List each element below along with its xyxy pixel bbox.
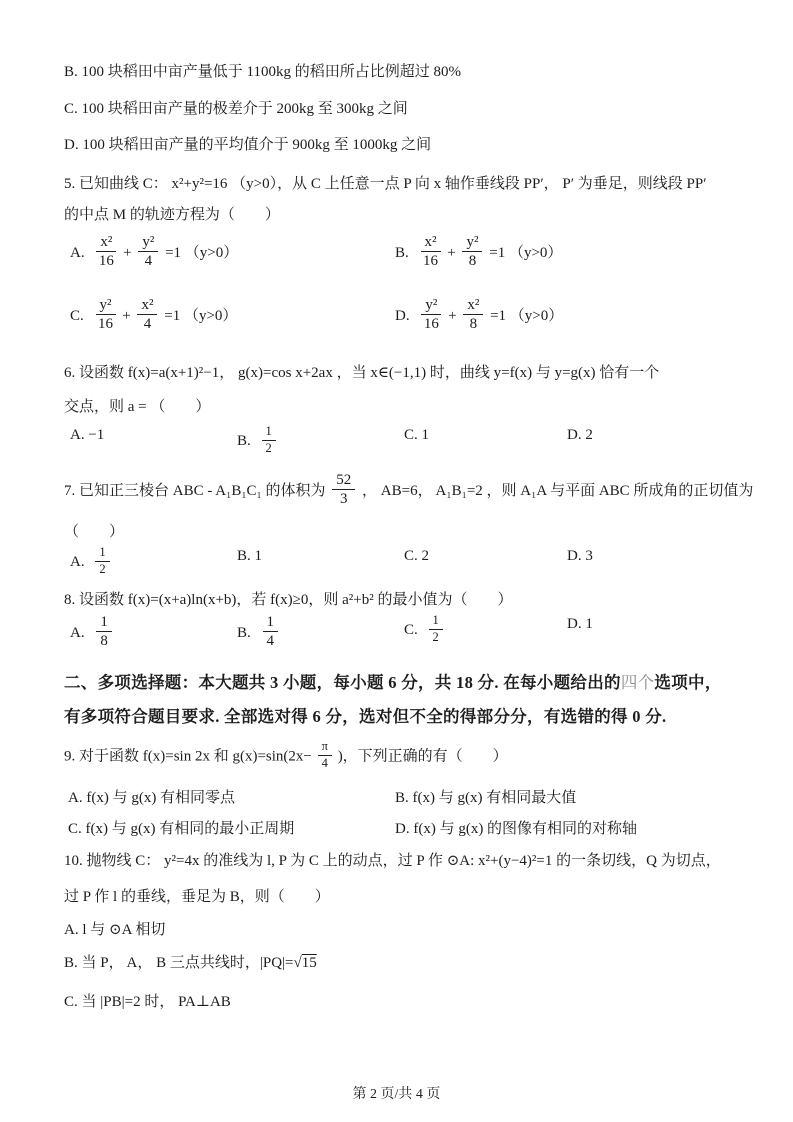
q5-option-b: B. x²16 + y²8 =1 （y>0）	[395, 236, 562, 271]
plus-sign: +	[122, 308, 130, 324]
option-label: B.	[395, 245, 409, 261]
fraction-denominator: 16	[421, 315, 441, 332]
q9-option-c: C. f(x) 与 g(x) 有相同的最小正周期	[68, 817, 294, 838]
section2-header-line1: 二、多项选择题：本大题共 3 小题，每小题 6 分，共 18 分. 在每小题给出…	[64, 671, 773, 694]
q10-option-c: C. 当 |PB|=2 时， PA⊥AB	[64, 992, 773, 1013]
fraction-numerator: 1	[95, 546, 109, 562]
plus-sign: +	[123, 245, 131, 261]
q8-option-d: D. 1	[567, 616, 593, 633]
q5-option-a: A. x²16 + y²4 =1 （y>0）	[70, 236, 238, 271]
fraction: y²8	[462, 234, 482, 269]
fraction-numerator: 1	[429, 614, 443, 630]
q8-stem: 8. 设函数 f(x)=(x+a)ln(x+b)，若 f(x)≥0，则 a²+b…	[64, 590, 773, 611]
fraction-denominator: 16	[96, 252, 116, 269]
q10-option-b: B. 当 P， A， B 三点共线时，|PQ|=√15	[64, 953, 773, 974]
q5-stem-line1: 5. 已知曲线 C： x²+y²=16 （y>0），从 C 上任意一点 P 向 …	[64, 174, 773, 195]
option-label: B.	[237, 433, 251, 449]
fraction-numerator: 1	[263, 614, 279, 632]
section2-header-post: 选项中，	[654, 673, 721, 692]
q9-stem-text-b: )，下列正确的有（ ）	[338, 748, 508, 764]
fraction-numerator: y²	[138, 234, 158, 252]
option-label: A.	[70, 245, 85, 261]
fraction-numerator: y²	[96, 297, 116, 315]
q10-stem-line2: 过 P 作 l 的垂线，垂足为 B，则（ ）	[64, 887, 773, 908]
fraction-denominator: 16	[421, 252, 441, 269]
fraction-denominator: 4	[318, 756, 332, 771]
fraction-denominator: 4	[138, 252, 158, 269]
q8-option-a: A. 18	[70, 616, 115, 651]
q7-stem-text-a: 7. 已知正三棱台 ABC - A₁B₁C₁ 的体积为	[64, 483, 326, 499]
fraction-numerator: y²	[421, 297, 441, 315]
fraction: 14	[263, 614, 279, 649]
fraction-numerator: x²	[463, 297, 483, 315]
fraction: 523	[332, 472, 355, 507]
fraction: y²16	[421, 297, 441, 332]
fraction-numerator: x²	[421, 234, 441, 252]
q9-stem-text-a: 9. 对于函数 f(x)=sin 2x 和 g(x)=sin(2x−	[64, 748, 312, 764]
fraction-denominator: 2	[262, 441, 276, 456]
option-label: B.	[237, 625, 251, 641]
equation-tail: =1 （y>0）	[165, 245, 238, 261]
option-label: C.	[404, 622, 418, 638]
q8-option-c: C. 12	[404, 616, 445, 646]
q7-stem-line1: 7. 已知正三棱台 ABC - A₁B₁C₁ 的体积为 523 ， AB=6， …	[64, 474, 773, 509]
fraction: 12	[429, 614, 443, 644]
fraction: π4	[318, 740, 332, 770]
option-label: C.	[70, 308, 84, 324]
plus-sign: +	[447, 245, 455, 261]
q6-stem-line1: 6. 设函数 f(x)=a(x+1)²−1， g(x)=cos x+2ax ，当…	[64, 363, 773, 384]
q7-option-c: C. 2	[404, 548, 429, 565]
fraction-denominator: 2	[95, 562, 109, 577]
fraction-denominator: 8	[463, 315, 483, 332]
section2-header-light-run: 四个	[621, 673, 655, 692]
fraction-denominator: 2	[429, 630, 443, 645]
q4-option-d: D. 100 块稻田亩产量的平均值介于 900kg 至 1000kg 之间	[64, 135, 773, 156]
section2-header-pre: 二、多项选择题：本大题共 3 小题，每小题 6 分，共 18 分. 在每小题给出…	[64, 673, 621, 692]
fraction: x²8	[463, 297, 483, 332]
fraction: 12	[262, 425, 276, 455]
fraction-numerator: y²	[462, 234, 482, 252]
q6-option-c: C. 1	[404, 427, 429, 444]
equation-tail: =1 （y>0）	[490, 308, 563, 324]
fraction-denominator: 4	[263, 632, 279, 649]
fraction-numerator: 1	[96, 614, 112, 632]
q9-option-a: A. f(x) 与 g(x) 有相同零点	[68, 786, 235, 807]
fraction-denominator: 4	[137, 315, 157, 332]
q5-options-row2: C. y²16 + x²4 =1 （y>0） D. y²16 + x²8 =1 …	[64, 299, 783, 347]
page-number-footer: 第 2 页/共 4 页	[0, 1083, 793, 1103]
radicand: 15	[302, 955, 317, 971]
fraction: y²16	[96, 297, 116, 332]
q6-options-row: A. −1 B. 12 C. 1 D. 2	[64, 427, 783, 475]
fraction-numerator: 52	[332, 472, 355, 490]
q6-option-d: D. 2	[567, 427, 593, 444]
q5-option-c: C. y²16 + x²4 =1 （y>0）	[70, 299, 237, 334]
q7-option-a: A. 12	[70, 548, 112, 578]
fraction: 18	[96, 614, 112, 649]
exam-paper-page: B. 100 块稻田中亩产量低于 1100kg 的稻田所占比例超过 80% C.…	[0, 0, 793, 1122]
q6-option-b: B. 12	[237, 427, 278, 457]
q9-option-d: D. f(x) 与 g(x) 的图像有相同的对称轴	[395, 817, 637, 838]
q6-option-a: A. −1	[70, 427, 104, 444]
q8-option-b: B. 14	[237, 616, 281, 651]
option-label: D.	[395, 308, 410, 324]
q5-options-row1: A. x²16 + y²4 =1 （y>0） B. x²16 + y²8 =1 …	[64, 236, 783, 284]
q4-option-c: C. 100 块稻田亩产量的极差介于 200kg 至 300kg 之间	[64, 99, 773, 120]
q7-stem-line2: （ ）	[64, 522, 773, 543]
q10-stem-line1: 10. 抛物线 C： y²=4x 的准线为 l, P 为 C 上的动点，过 P …	[64, 851, 773, 872]
fraction-numerator: π	[318, 740, 332, 756]
q5-option-d: D. y²16 + x²8 =1 （y>0）	[395, 299, 563, 334]
fraction-numerator: x²	[96, 234, 116, 252]
fraction-numerator: 1	[262, 425, 276, 441]
fraction-denominator: 8	[96, 632, 112, 649]
q9-option-b: B. f(x) 与 g(x) 有相同最大值	[395, 786, 576, 807]
option-label: A.	[70, 554, 85, 570]
q7-stem-text-b: ， AB=6， A₁B₁=2 ，则 A₁A 与平面 ABC 所成角的正切值为	[362, 483, 753, 499]
fraction: 12	[95, 546, 109, 576]
equation-tail: =1 （y>0）	[164, 308, 237, 324]
option-label: A.	[70, 625, 85, 641]
q6-stem-line2: 交点，则 a = （ ）	[64, 397, 773, 418]
q9-stem: 9. 对于函数 f(x)=sin 2x 和 g(x)=sin(2x− π4 )，…	[64, 742, 773, 772]
fraction: y²4	[138, 234, 158, 269]
fraction-numerator: x²	[137, 297, 157, 315]
q10-option-b-text: B. 当 P， A， B 三点共线时，|PQ|=	[64, 955, 294, 971]
fraction-denominator: 16	[96, 315, 116, 332]
equation-tail: =1 （y>0）	[489, 245, 562, 261]
q7-options-row: A. 12 B. 1 C. 2 D. 3	[64, 548, 783, 596]
q10-option-a: A. l 与 ⊙A 相切	[64, 920, 773, 941]
fraction: x²4	[137, 297, 157, 332]
plus-sign: +	[448, 308, 456, 324]
fraction-denominator: 3	[332, 490, 355, 507]
fraction-denominator: 8	[462, 252, 482, 269]
q4-option-b: B. 100 块稻田中亩产量低于 1100kg 的稻田所占比例超过 80%	[64, 62, 773, 83]
fraction: x²16	[96, 234, 116, 269]
q5-stem-line2: 的中点 M 的轨迹方程为（ ）	[64, 205, 773, 226]
q8-options-row: A. 18 B. 14 C. 12 D. 1	[64, 616, 783, 664]
section2-header-line2: 有多项符合题目要求. 全部选对得 6 分，选对但不全的得部分分，有选错的得 0 …	[64, 705, 773, 728]
fraction: x²16	[421, 234, 441, 269]
radical-sign: √	[294, 955, 302, 971]
q7-option-d: D. 3	[567, 548, 593, 565]
q7-option-b: B. 1	[237, 548, 262, 565]
